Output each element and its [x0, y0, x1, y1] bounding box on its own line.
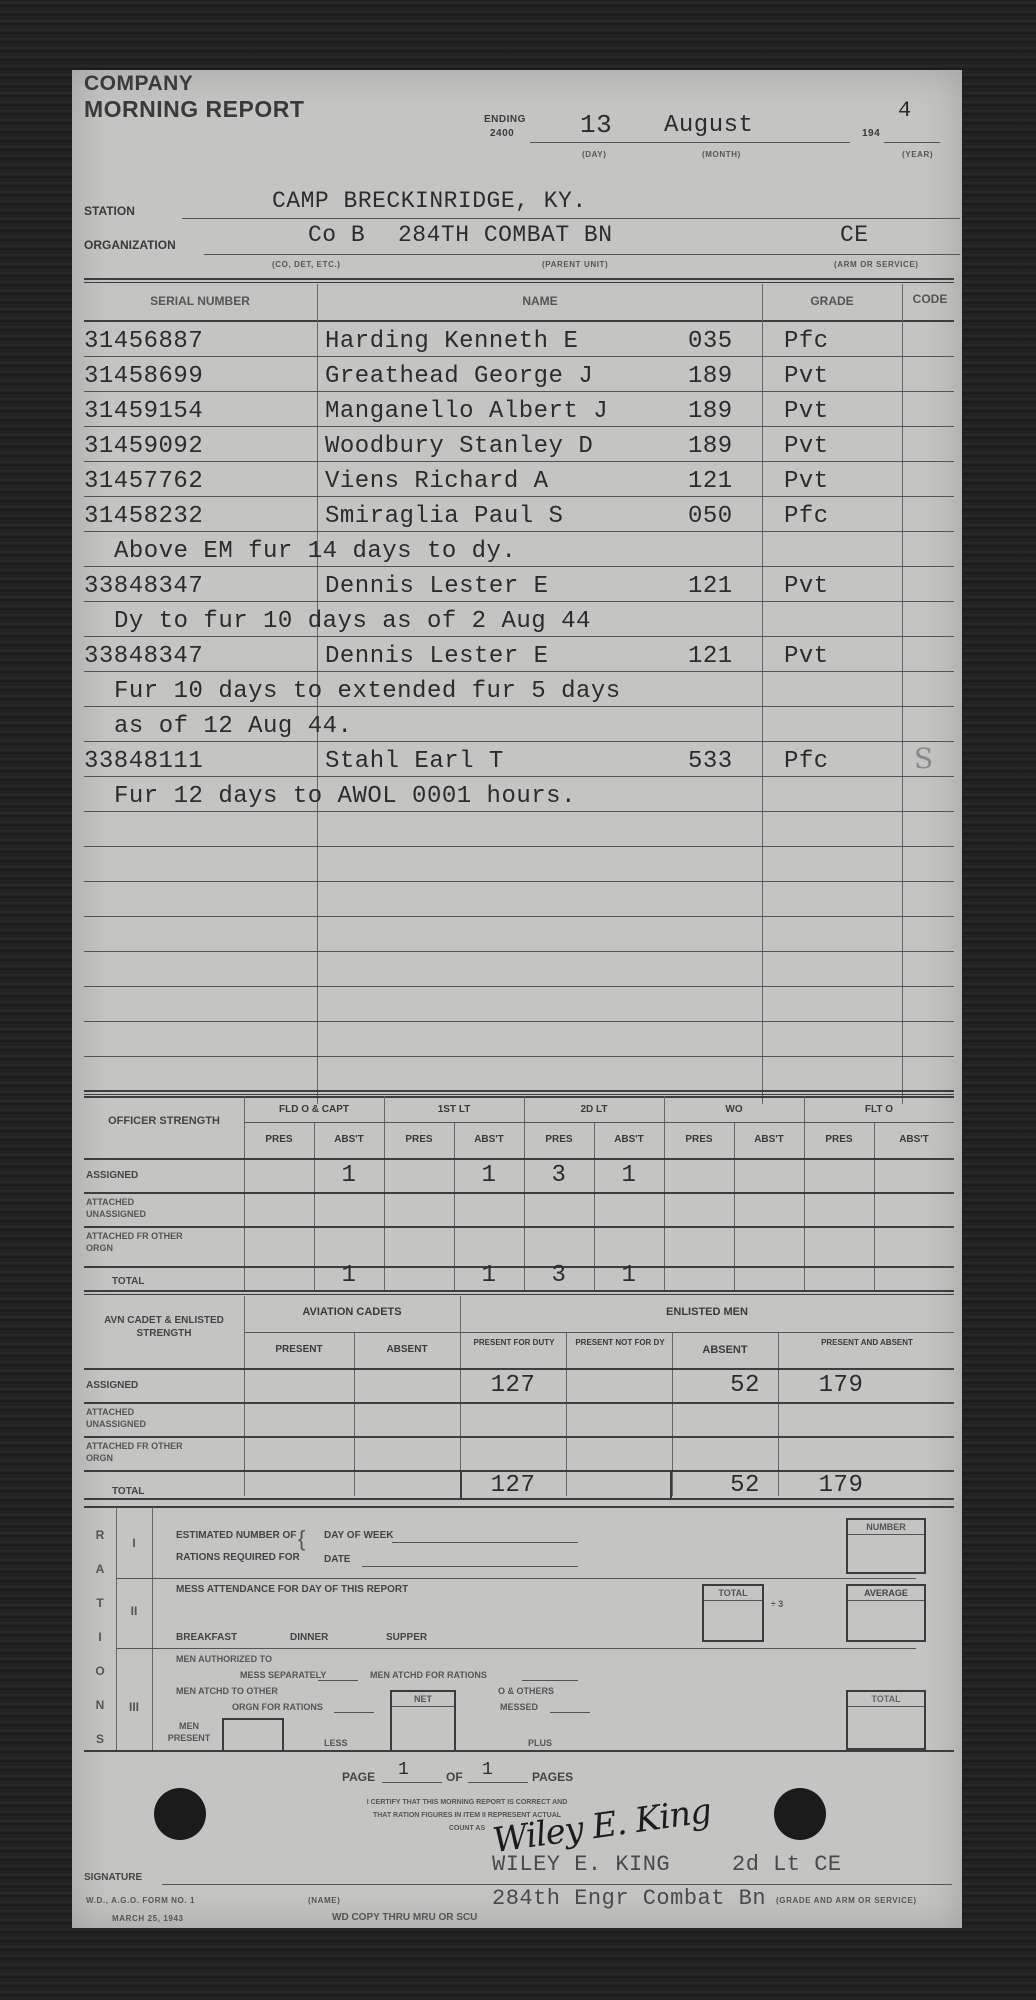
group-flt-o: FLT O [804, 1104, 954, 1115]
group-2d-lt: 2D LT [524, 1104, 664, 1115]
col-present-and-absent: PRESENT AND ABSENT [782, 1336, 952, 1349]
net-label: NET [392, 1692, 454, 1707]
page-label: PAGE [342, 1770, 375, 1784]
average-box: AVERAGE [846, 1584, 926, 1642]
divide-by-three: ÷ 3 [766, 1596, 788, 1612]
men-present-label: MEN PRESENT [156, 1720, 222, 1744]
net-box: NET [390, 1690, 456, 1752]
of-label: OF [446, 1770, 463, 1784]
col-cadets-absent: ABSENT [354, 1344, 460, 1355]
remark-text: Fur 12 days to AWOL 0001 hours. [114, 783, 576, 810]
page-total: 1 [482, 1760, 493, 1780]
serial-number: 33848347 [84, 573, 203, 600]
mess-separately-label: MESS SEPARATELY [240, 1670, 326, 1680]
date-label: DATE [324, 1554, 350, 1565]
group-enlisted-men: ENLISTED MEN [460, 1306, 954, 1318]
report-year: 4 [898, 98, 912, 123]
organization-arm-service: CE [840, 222, 869, 248]
meal-breakfast: BREAKFAST [176, 1632, 237, 1643]
col-grade: GRADE [762, 294, 902, 308]
signer-name: WILEY E. KING [492, 1852, 670, 1877]
code-pencil-mark: S [914, 742, 933, 775]
absent-value: 52 [692, 1472, 798, 1499]
serial-number: 31456887 [84, 328, 203, 355]
col-em-absent: ABSENT [672, 1344, 778, 1356]
station-value: CAMP BRECKINRIDGE, KY. [272, 188, 587, 214]
row-label-attached-other: ATTACHED FR OTHER ORGN [86, 1230, 186, 1254]
present-and-absent-value: 179 [788, 1372, 894, 1399]
cell-value: 1 [314, 1162, 384, 1189]
remark-text: Fur 10 days to extended fur 5 days [114, 678, 621, 705]
men-atchd-to-other-label: MEN ATCHD TO OTHER [176, 1686, 278, 1696]
unit-caption: (CO, DET, ETC.) [272, 260, 341, 269]
row-label-total: TOTAL [112, 1276, 144, 1287]
brace-icon: { [298, 1526, 305, 1552]
form-date: MARCH 25, 1943 [112, 1914, 184, 1923]
o-and-others-label: O & OTHERS [498, 1686, 554, 1696]
remark-text: Above EM fur 14 days to dy. [114, 538, 516, 565]
spec-number: 050 [688, 503, 733, 530]
number-box: NUMBER [846, 1518, 926, 1574]
subcol-abst: ABS'T [874, 1134, 954, 1145]
cell-value: 1 [454, 1162, 524, 1189]
officer-strength-title: OFFICER STRENGTH [86, 1114, 242, 1128]
soldier-name: Dennis Lester E [325, 643, 549, 670]
cell-value: 1 [314, 1262, 384, 1289]
rations-total-box: TOTAL [846, 1690, 926, 1750]
spec-number: 533 [688, 748, 733, 775]
estimated-number-label: ESTIMATED NUMBER OF [176, 1530, 296, 1541]
signer-unit: 284th Engr Combat Bn [492, 1886, 766, 1911]
grade: Pvt [784, 398, 829, 425]
soldier-name: Stahl Earl T [325, 748, 504, 775]
parent-caption: (PARENT UNIT) [542, 260, 608, 269]
report-month: August [664, 112, 753, 139]
copy-note: WD COPY THRU MRU OR SCU [332, 1912, 477, 1923]
total-box: TOTAL [702, 1584, 764, 1642]
serial-number: 33848111 [84, 748, 203, 775]
enlisted-strength-title: AVN CADET & ENLISTED STRENGTH [86, 1314, 242, 1340]
row-label-attached-other: ATTACHED FR OTHER ORGN [86, 1440, 186, 1464]
soldier-name: Manganello Albert J [325, 398, 608, 425]
spec-number: 189 [688, 433, 733, 460]
serial-number: 31457762 [84, 468, 203, 495]
col-present-not-for-duty: PRESENT NOT FOR DY [570, 1336, 670, 1349]
grade: Pvt [784, 433, 829, 460]
rations-total-label: TOTAL [848, 1692, 924, 1707]
pages-label: PAGES [532, 1770, 573, 1784]
meal-dinner: DINNER [290, 1632, 328, 1643]
soldier-name: Smiraglia Paul S [325, 503, 563, 530]
cell-value: 1 [594, 1162, 664, 1189]
orgn-for-rations-label: ORGN FOR RATIONS [232, 1702, 323, 1712]
subcol-pres: PRES [664, 1134, 734, 1145]
serial-number: 33848347 [84, 643, 203, 670]
group-aviation-cadets: AVIATION CADETS [244, 1306, 460, 1318]
subcol-abst: ABS'T [594, 1134, 664, 1145]
group-1st-lt: 1ST LT [384, 1104, 524, 1115]
grade: Pfc [784, 748, 829, 775]
punch-hole-left [154, 1788, 206, 1840]
cell-value: 3 [524, 1262, 594, 1289]
subcol-pres: PRES [804, 1134, 874, 1145]
form-title-line2: MORNING REPORT [84, 96, 304, 123]
ending-label: ENDING [484, 114, 526, 125]
men-present-box [222, 1718, 284, 1752]
subcol-pres: PRES [524, 1134, 594, 1145]
soldier-name: Harding Kenneth E [325, 328, 578, 355]
form-title-line1: COMPANY [84, 72, 193, 96]
col-name: NAME [318, 294, 762, 308]
messed-label: MESSED [500, 1702, 538, 1712]
form-number: W.D., A.G.O. FORM NO. 1 [86, 1896, 195, 1905]
subcol-abst: ABS'T [454, 1134, 524, 1145]
page-number: 1 [398, 1760, 409, 1780]
soldier-name: Woodbury Stanley D [325, 433, 593, 460]
row-label-total: TOTAL [112, 1486, 144, 1497]
cell-value: 3 [524, 1162, 594, 1189]
serial-number: 31459154 [84, 398, 203, 425]
organization-parent-unit: 284TH COMBAT BN [398, 222, 613, 248]
subcol-pres: PRES [244, 1134, 314, 1145]
cell-value: 1 [454, 1262, 524, 1289]
grade: Pfc [784, 503, 829, 530]
spec-number: 189 [688, 398, 733, 425]
row-label-assigned: ASSIGNED [86, 1170, 138, 1181]
remark-text: Dy to fur 10 days as of 2 Aug 44 [114, 608, 591, 635]
signature-label: SIGNATURE [84, 1872, 142, 1883]
group-wo: WO [664, 1104, 804, 1115]
organization-label: ORGANIZATION [84, 238, 176, 252]
less-label: LESS [324, 1738, 348, 1748]
grade: Pvt [784, 643, 829, 670]
grade-caption: (GRADE AND ARM OR SERVICE) [776, 1896, 917, 1905]
signer-rank: 2d Lt CE [732, 1852, 842, 1877]
spec-number: 121 [688, 573, 733, 600]
row-label-attached-unassigned: ATTACHED UNASSIGNED [86, 1196, 186, 1220]
plus-label: PLUS [528, 1738, 552, 1748]
present-for-duty-value: 127 [460, 1472, 566, 1499]
col-cadets-present: PRESENT [244, 1344, 354, 1355]
meal-supper: SUPPER [386, 1632, 427, 1643]
serial-number: 31459092 [84, 433, 203, 460]
remark-text: as of 12 Aug 44. [114, 713, 352, 740]
grade: Pvt [784, 573, 829, 600]
soldier-name: Viens Richard A [325, 468, 549, 495]
punch-hole-right [774, 1788, 826, 1840]
subcol-pres: PRES [384, 1134, 454, 1145]
spec-number: 121 [688, 468, 733, 495]
subcol-abst: ABS'T [734, 1134, 804, 1145]
rations-side-label: R A T I O N S [86, 1518, 114, 1756]
spec-number: 035 [688, 328, 733, 355]
mess-attendance-title: MESS ATTENDANCE FOR DAY OF THIS REPORT [176, 1584, 408, 1595]
men-authorized-label: MEN AUTHORIZED TO [176, 1654, 272, 1664]
grade: Pvt [784, 363, 829, 390]
men-atchd-for-rations-label: MEN ATCHD FOR RATIONS [370, 1670, 487, 1680]
year-caption: (YEAR) [902, 150, 933, 159]
grade: Pvt [784, 468, 829, 495]
col-code: CODE [902, 292, 958, 306]
total-label: TOTAL [704, 1586, 762, 1601]
name-caption: (NAME) [308, 1896, 340, 1905]
section-ii-numeral: II [116, 1604, 152, 1618]
ending-time: 2400 [490, 128, 514, 139]
organization-unit: Co B [308, 222, 365, 248]
month-caption: (MONTH) [702, 150, 741, 159]
group-fld-o-capt: FLD O & CAPT [244, 1104, 384, 1115]
soldier-name: Greathead George J [325, 363, 593, 390]
arm-caption: (ARM OR SERVICE) [834, 260, 919, 269]
rations-required-label: RATIONS REQUIRED FOR [176, 1552, 300, 1563]
morning-report-form: COMPANY MORNING REPORT ENDING 2400 13 Au… [72, 70, 962, 1928]
station-label: STATION [84, 204, 135, 218]
report-day: 13 [580, 110, 612, 140]
col-present-for-duty: PRESENT FOR DUTY [464, 1336, 564, 1349]
present-for-duty-value: 127 [460, 1372, 566, 1399]
spec-number: 121 [688, 643, 733, 670]
section-i-numeral: I [116, 1536, 152, 1550]
subcol-abst: ABS'T [314, 1134, 384, 1145]
soldier-name: Dennis Lester E [325, 573, 549, 600]
row-label-attached-unassigned: ATTACHED UNASSIGNED [86, 1406, 186, 1430]
average-label: AVERAGE [848, 1586, 924, 1601]
year-prefix: 194 [862, 128, 880, 139]
serial-number: 31458699 [84, 363, 203, 390]
day-caption: (DAY) [582, 150, 606, 159]
present-and-absent-value: 179 [788, 1472, 894, 1499]
absent-value: 52 [692, 1372, 798, 1399]
serial-number: 31458232 [84, 503, 203, 530]
spec-number: 189 [688, 363, 733, 390]
row-label-assigned: ASSIGNED [86, 1380, 138, 1391]
section-iii-numeral: III [116, 1700, 152, 1714]
number-label: NUMBER [848, 1520, 924, 1535]
grade: Pfc [784, 328, 829, 355]
cell-value: 1 [594, 1262, 664, 1289]
col-serial-number: SERIAL NUMBER [84, 294, 316, 308]
day-of-week-label: DAY OF WEEK [324, 1530, 393, 1541]
